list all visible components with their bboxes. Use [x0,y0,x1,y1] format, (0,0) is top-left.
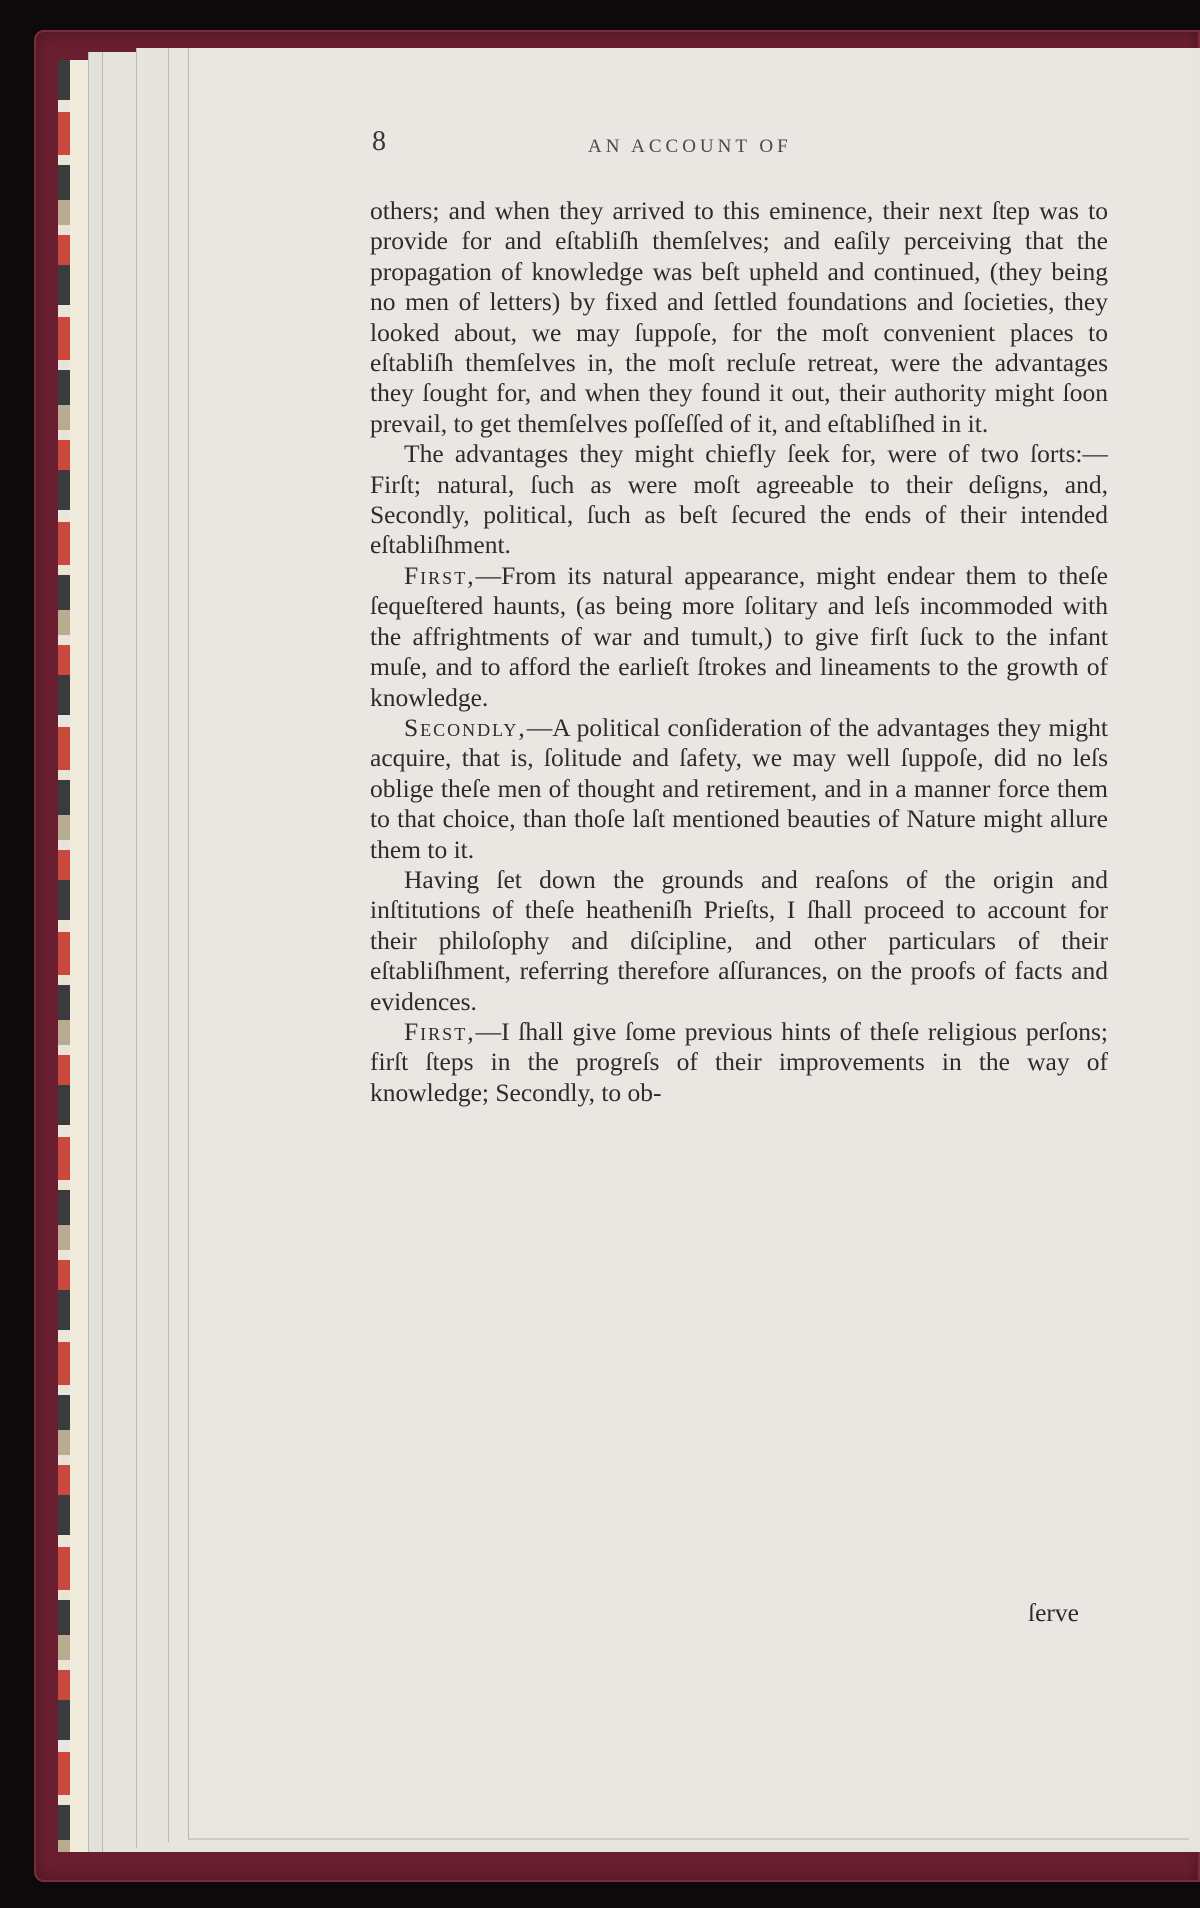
paragraph: The advantages they might chiefly ſeek f… [370,439,1108,561]
catchword: ſerve [1028,1598,1079,1628]
paragraph-text: The advantages they might chiefly ſeek f… [370,439,1108,559]
paragraph-text: —I ſhall give ſome previous hints of the… [370,1017,1108,1107]
paragraph-lead: First, [404,1017,476,1046]
paragraph-lead: First, [404,561,476,590]
paragraph: First,—I ſhall give ſome previous hints … [370,1017,1108,1108]
paragraph-text: others; and when they arrived to this em… [370,196,1108,438]
page-number: 8 [372,126,386,158]
running-head: 8 AN ACCOUNT OF [0,126,1200,166]
paragraph: Having ſet down the grounds and reaſons … [370,865,1108,1017]
paragraph-text: —From its natural appearance, might ende… [370,561,1108,712]
paragraph-lead: Secondly, [404,713,527,742]
paragraph-text: Having ſet down the grounds and reaſons … [370,865,1108,1016]
paragraph: others; and when they arrived to this em… [370,196,1108,439]
body-text: others; and when they arrived to this em… [370,196,1108,1108]
endpaper [70,60,89,1852]
running-head-title: AN ACCOUNT OF [588,136,792,158]
paragraph: First,—From its natural appearance, migh… [370,561,1108,713]
striped-headband [58,60,70,1852]
paragraph: Secondly,—A political conſideration of t… [370,713,1108,865]
